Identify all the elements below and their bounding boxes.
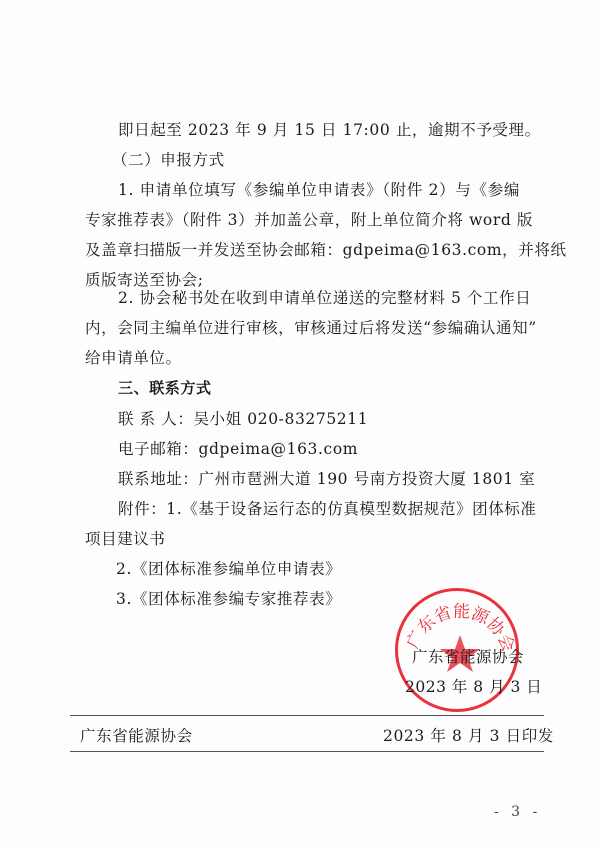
contact-email: 电子邮箱：gdpeima@163.com [118,437,358,459]
signature-date: 2023 年 8 月 3 日 [405,675,542,697]
page-number: - 3 - [494,804,541,820]
footer-top-rule [70,715,544,716]
deadline-text: 即日起至 2023 年 9 月 15 日 17:00 止，逾期不予受理。 [118,118,541,140]
footer-issued-date: 2023 年 8 月 3 日印发 [383,724,554,746]
section-heading-method: （二）申报方式 [112,148,225,170]
signature-org: 广东省能源协会 [412,645,524,667]
attachment-1-line2: 项目建议书 [85,527,166,549]
item1-line2: 专家推荐表》（附件 3）并加盖公章，附上单位简介将 word 版 [85,208,520,230]
contact-address: 联系地址：广州市琶洲大道 190 号南方投资大厦 1801 室 [118,467,535,489]
item2-line2: 内，会同主编单位进行审核，审核通过后将发送“参编确认通知” [85,316,520,338]
item1-line3: 及盖章扫描版一并发送至协会邮箱：gdpeima@163.com，并将纸 [85,238,520,260]
item1-line1: 1. 申请单位填写《参编单位申请表》（附件 2）与《参编 [118,178,520,200]
contact-person: 联 系 人：吴小姐 020-83275211 [118,407,368,429]
attachment-1-line1: 附件：1.《基于设备运行态的仿真模型数据规范》团体标准 [118,497,520,519]
attachment-2: 2.《团体标准参编单位申请表》 [116,557,341,579]
footer-issuer: 广东省能源协会 [80,724,193,746]
footer-bottom-rule [70,751,544,752]
attachment-3: 3.《团体标准参编专家推荐表》 [116,587,341,609]
item2-line1: 2. 协会秘书处在收到申请单位递送的完整材料 5 个工作日 [118,286,520,308]
item2-line3: 给申请单位。 [85,346,182,368]
section-heading-contact: 三、联系方式 [118,377,212,398]
